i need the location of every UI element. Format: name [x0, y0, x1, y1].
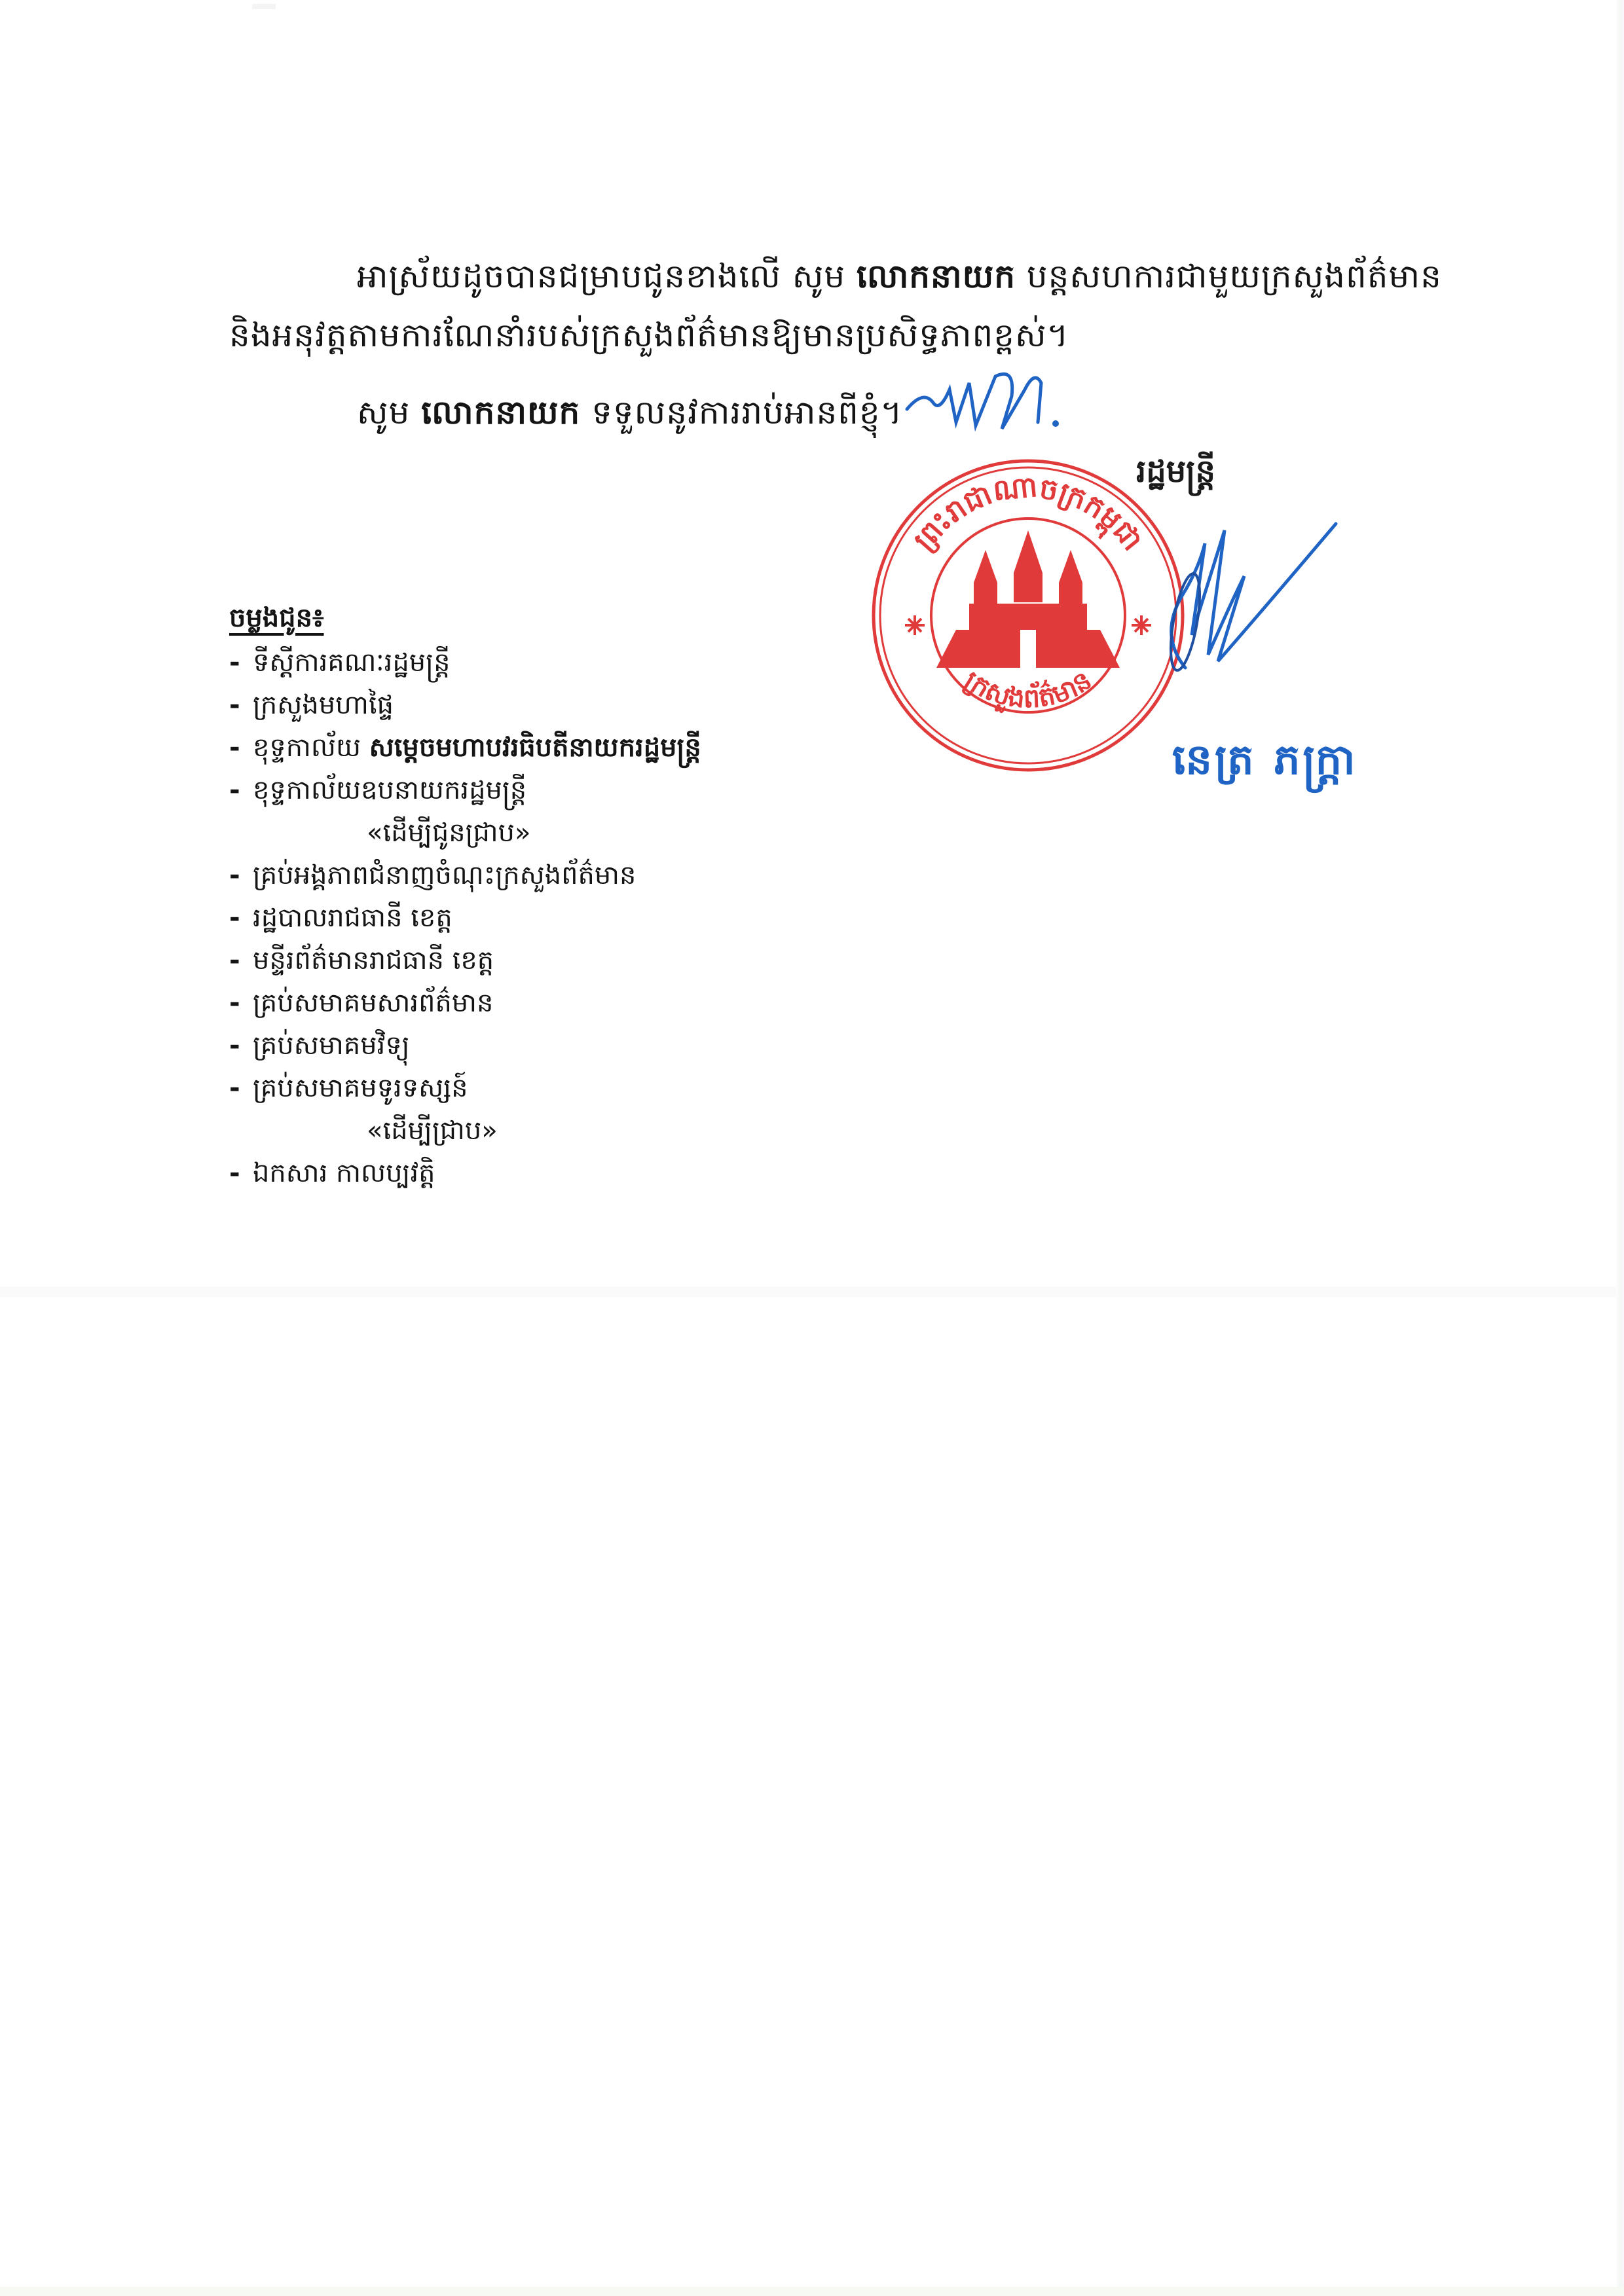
closing-text: អាស្រ័យដូចបានជម្រាបជូនខាងលើ សូម	[357, 257, 857, 295]
closing-paragraph-line-2: និងអនុវត្តតាមការណែនាំរបស់ក្រសួងព័ត៌មានឱ្…	[229, 316, 1069, 355]
list-dash: -	[229, 854, 253, 897]
salutation-suffix: ទទួលនូវការរាប់អានពីខ្ញុំ។	[580, 393, 902, 431]
carbon-copy-recipient: -មន្ទីរព័ត៌មានរាជធានី ខេត្ត	[229, 939, 701, 982]
signatory-title: រដ្ឋមន្ត្រី	[1136, 452, 1215, 498]
recipient-text: ទីស្តីការគណៈរដ្ឋមន្ត្រី	[253, 647, 450, 678]
carbon-copy-recipient: -ឯកសារ កាលប្បវត្តិ	[229, 1152, 701, 1195]
list-dash: -	[229, 1025, 253, 1067]
scan-artifact-band	[0, 1286, 1616, 1297]
initial-signature-icon	[904, 363, 1067, 435]
list-dash: -	[229, 684, 253, 727]
list-dash: -	[229, 1152, 253, 1195]
carbon-copy-recipient: -ទីស្តីការគណៈរដ្ឋមន្ត្រី	[229, 642, 701, 684]
ministry-seal-icon: ព្រះរាជាណាចក្រកម្ពុជា ក្រសួងព័ត៌មាន	[864, 452, 1192, 779]
carbon-copy-recipient: -គ្រប់សមាគមសារព័ត៌មាន	[229, 982, 701, 1025]
carbon-copy-list: -ទីស្តីការគណៈរដ្ឋមន្ត្រី-ក្រសួងមហាផ្ទៃ-ខ…	[229, 642, 701, 1195]
list-dash: -	[229, 897, 253, 939]
salutation-prefix: សូម	[357, 393, 421, 431]
salutation: សូម លោកនាយក ទទួលនូវការរាប់អានពីខ្ញុំ។	[357, 393, 903, 432]
recipient-text: គ្រប់សមាគមវិទ្យុ	[253, 1030, 410, 1061]
recipient-text: គ្រប់សមាគមទូរទស្សន៍	[253, 1073, 468, 1103]
carbon-copy-title: ចម្លងជូន៖	[229, 601, 324, 640]
minister-signature-icon	[1146, 504, 1342, 687]
carbon-copy-recipient: -គ្រប់សមាគមទូរទស្សន៍	[229, 1067, 701, 1110]
recipient-text: រដ្ឋបាលរាជធានី ខេត្ត	[253, 903, 452, 933]
list-dash: -	[229, 727, 253, 769]
carbon-copy-recipient: -គ្រប់អង្គភាពជំនាញចំណុះក្រសួងព័ត៌មាន	[229, 854, 701, 897]
addressee-title: លោកនាយក	[421, 393, 580, 431]
list-dash: -	[229, 939, 253, 982]
carbon-copy-note: «ដើម្បីជូនជ្រាប»	[229, 812, 701, 854]
list-dash: -	[229, 642, 253, 684]
recipient-text: គ្រប់អង្គភាពជំនាញចំណុះក្រសួងព័ត៌មាន	[253, 860, 636, 890]
scan-edge	[1616, 0, 1624, 2296]
carbon-copy-recipient: -គ្រប់សមាគមវិទ្យុ	[229, 1025, 701, 1067]
carbon-copy-recipient: -រដ្ឋបាលរាជធានី ខេត្ត	[229, 897, 701, 939]
list-dash: -	[229, 1067, 253, 1110]
carbon-copy-recipient: -ខុទ្ទកាល័យ សម្តេចមហាបវរធិបតីនាយករដ្ឋមន្…	[229, 727, 701, 769]
carbon-copy-recipient: -ក្រសួងមហាផ្ទៃ	[229, 684, 701, 727]
carbon-copy-recipient: -ខុទ្ទកាល័យឧបនាយករដ្ឋមន្ត្រី	[229, 769, 701, 812]
recipient-text: ខុទ្ទកាល័យឧបនាយករដ្ឋមន្ត្រី	[253, 775, 526, 805]
signatory-name: នេត្រ ភក្ត្រា	[1172, 733, 1358, 795]
recipient-text: គ្រប់សមាគមសារព័ត៌មាន	[253, 988, 493, 1018]
recipient-text: ខុទ្ទកាល័យ	[253, 733, 369, 763]
closing-text: បន្តសហការជាមួយក្រសួងព័ត៌មាន	[1016, 257, 1442, 295]
recipient-text-bold: សម្តេចមហាបវរធិបតីនាយករដ្ឋមន្ត្រី	[369, 733, 701, 763]
scan-speck	[252, 4, 276, 9]
recipient-text: ក្រសួងមហាផ្ទៃ	[253, 690, 394, 720]
scan-edge-bottom	[0, 2287, 1624, 2296]
closing-paragraph-line-1: អាស្រ័យដូចបានជម្រាបជូនខាងលើ សូម លោកនាយក …	[357, 257, 1442, 296]
recipient-text: ឯកសារ កាលប្បវត្តិ	[253, 1158, 435, 1188]
recipient-text: មន្ទីរព័ត៌មានរាជធានី ខេត្ត	[253, 945, 494, 975]
list-dash: -	[229, 982, 253, 1025]
carbon-copy-note: «ដើម្បីជ្រាប»	[229, 1110, 701, 1152]
list-dash: -	[229, 769, 253, 812]
svg-text:ក្រសួងព័ត៌មាន: ក្រសួងព័ត៌មាន	[959, 665, 1098, 715]
addressee-title: លោកនាយក	[857, 257, 1016, 295]
